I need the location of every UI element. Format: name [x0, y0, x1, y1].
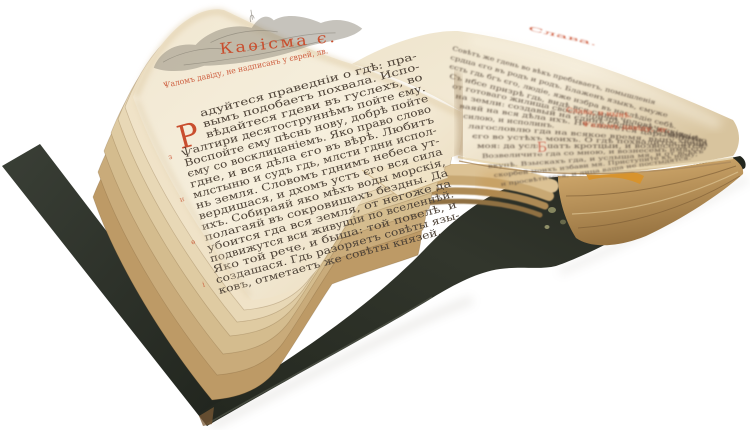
book-photo: Слава. Совѣтъ же гдень во вѣкъ пребывает… [0, 0, 750, 430]
right-top-rubric: Слава. [528, 26, 598, 48]
headpiece-finial [249, 9, 255, 22]
clasp-speck [560, 220, 566, 225]
clasp-speck [548, 207, 556, 213]
right-initial-letter: Б [537, 140, 548, 156]
gutter-warm-glow [478, 171, 506, 199]
clasp-speck [545, 225, 550, 229]
